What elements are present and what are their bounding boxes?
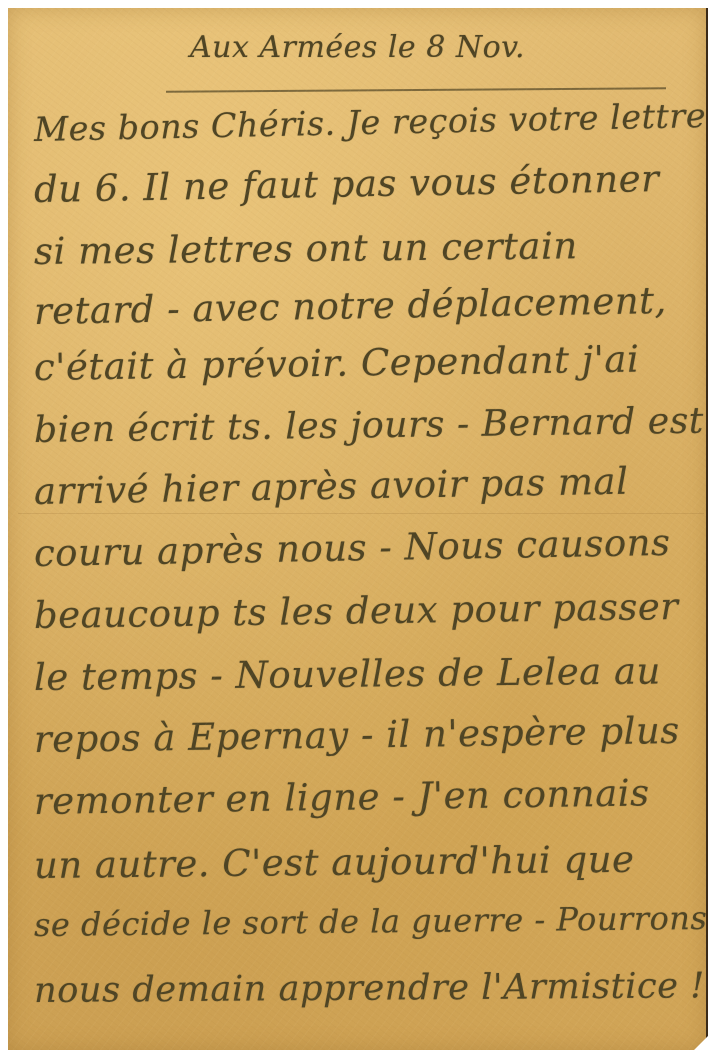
letter-line-10: le temps - Nouvelles de Lelea au (34, 649, 661, 699)
letter-line-7: arrivé hier après avoir pas mal (34, 460, 629, 513)
letter-line-1: Mes bons Chéris. Je reçois votre lettre (34, 96, 707, 149)
letter-line-3: si mes lettres ont un certain (34, 224, 578, 273)
letter-line-5: c'était à prévoir. Cependant j'ai (34, 338, 640, 389)
letter-line-14: se décide le sort de la guerre - Pourron… (34, 899, 708, 944)
letter-line-2: du 6. Il ne faut pas vous étonner (34, 157, 660, 211)
letter-line-11: repos à Epernay - il n'espère plus (34, 709, 680, 761)
letter-paper: Aux Armées le 8 Nov. Mes bons Chéris. Je… (8, 8, 708, 1050)
letter-line-13: un autre. C'est aujourd'hui que (34, 838, 635, 887)
header-underline (166, 87, 666, 92)
paper-fold-crease (18, 513, 704, 514)
letter-line-9: beaucoup ts les deux pour passer (34, 585, 679, 637)
letter-place-date: Aux Armées le 8 Nov. (190, 30, 525, 65)
letter-line-8: couru après nous - Nous causons (34, 521, 671, 575)
letter-line-15: nous demain apprendre l'Armistice ! (34, 965, 705, 1011)
letter-line-6: bien écrit ts. les jours - Bernard est (34, 399, 704, 451)
letter-line-4: retard - avec notre déplacement, (34, 279, 667, 333)
letter-line-12: remonter en ligne - J'en connais (34, 771, 650, 823)
